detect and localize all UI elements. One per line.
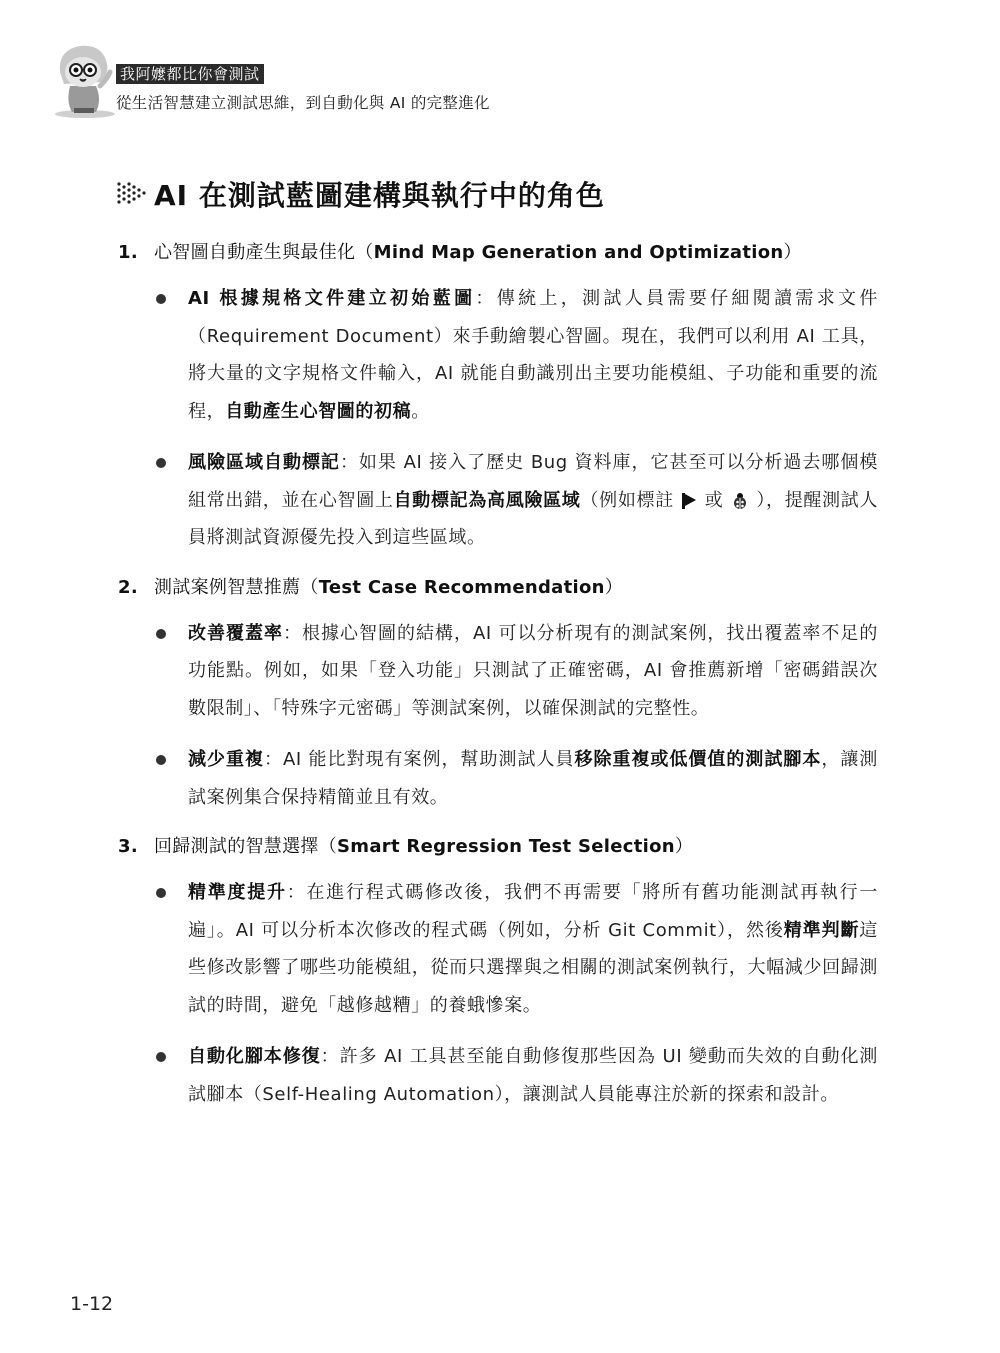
section-heading: AI 在測試藍圖建構與執行中的角色 (116, 172, 605, 216)
bullet-lead: 自動化腳本修復 (188, 1046, 321, 1067)
bullet-text: ：AI 能比對現有案例，幫助測試人員 (264, 749, 574, 770)
item-number: 2. (118, 571, 154, 605)
item-title: 測試案例智慧推薦（Test Case Recommendation） (154, 571, 623, 605)
bullet-emphasis: 自動標記為高風險區域 (394, 490, 581, 511)
bullet-emphasis: 精準判斷 (784, 920, 860, 941)
bullet-lead: 精準度提升 (188, 882, 287, 903)
bullet-lead: 改善覆蓋率 (188, 623, 283, 644)
numbered-item-2: 2. 測試案例智慧推薦（Test Case Recommendation） 改善… (118, 571, 878, 817)
bullet-item: 精準度提升：在進行程式碼修改後，我們不再需要「將所有舊功能測試再執行一遍」。AI… (118, 874, 878, 1024)
item-heading: 1. 心智圖自動產生與最佳化（Mind Map Generation and O… (118, 236, 878, 270)
page-number: 1-12 (70, 1293, 113, 1315)
bullet-item: 減少重複：AI 能比對現有案例，幫助測試人員移除重複或低價值的測試腳本，讓測試案… (118, 741, 878, 816)
item-title-en: Test Case Recommendation (319, 577, 605, 598)
bullet-text: ：根據心智圖的結構，AI 可以分析現有的測試案例，找出覆蓋率不足的功能點。例如，… (188, 623, 878, 719)
bullet-text: （例如標註 (580, 490, 673, 511)
bullet-dot-icon (156, 629, 166, 639)
item-title: 回歸測試的智慧選擇（Smart Regression Test Selectio… (154, 830, 693, 864)
bullet-dot-icon (156, 1052, 166, 1062)
bullet-lead: 風險區域自動標記 (188, 452, 340, 473)
item-heading: 3. 回歸測試的智慧選擇（Smart Regression Test Selec… (118, 830, 878, 864)
bullet-list: 精準度提升：在進行程式碼修改後，我們不再需要「將所有舊功能測試再執行一遍」。AI… (118, 874, 878, 1113)
bullet-text: 。 (411, 401, 430, 422)
item-title-zh: 測試案例智慧推薦（ (154, 577, 319, 598)
bullet-lead: 減少重複 (188, 749, 264, 770)
book-subtitle: 從生活智慧建立測試思維，到自動化與 AI 的完整進化 (116, 91, 490, 113)
bullet-dot-icon (156, 458, 166, 468)
bullet-dot-icon (156, 888, 166, 898)
bullet-item: 改善覆蓋率：根據心智圖的結構，AI 可以分析現有的測試案例，找出覆蓋率不足的功能… (118, 615, 878, 728)
bullet-text: ：在進行程式碼修改後，我們不再需要「將所有舊功能測試再執行一遍」。AI 可以分析… (188, 882, 878, 941)
item-title-zh: 心智圖自動產生與最佳化（ (154, 242, 374, 263)
bullet-dot-icon (156, 755, 166, 765)
bullet-text: 或 (705, 490, 724, 511)
bullet-dot-icon (156, 294, 166, 304)
item-title-en: Smart Regression Test Selection (337, 836, 675, 857)
grandma-mascot-icon (52, 42, 118, 118)
main-content: 1. 心智圖自動產生與最佳化（Mind Map Generation and O… (118, 236, 878, 1127)
bullet-item: 自動化腳本修復：許多 AI 工具甚至能自動修復那些因為 UI 變動而失效的自動化… (118, 1038, 878, 1113)
bullet-item: AI 根據規格文件建立初始藍圖：傳統上，測試人員需要仔細閱讀需求文件（Requi… (118, 280, 878, 430)
dots-arrow-icon (116, 181, 146, 207)
bullet-emphasis: 移除重複或低價值的測試腳本 (574, 749, 821, 770)
bullet-item: 風險區域自動標記：如果 AI 接入了歷史 Bug 資料庫，它甚至可以分析過去哪個… (118, 444, 878, 557)
numbered-item-3: 3. 回歸測試的智慧選擇（Smart Regression Test Selec… (118, 830, 878, 1113)
item-heading: 2. 測試案例智慧推薦（Test Case Recommendation） (118, 571, 878, 605)
item-title-close: ） (784, 242, 802, 263)
bullet-emphasis: 自動產生心智圖的初稿 (225, 401, 411, 422)
bullet-lead: AI 根據規格文件建立初始藍圖 (188, 288, 475, 309)
flag-icon (680, 491, 698, 511)
item-number: 1. (118, 236, 154, 270)
numbered-item-1: 1. 心智圖自動產生與最佳化（Mind Map Generation and O… (118, 236, 878, 557)
item-title: 心智圖自動產生與最佳化（Mind Map Generation and Opti… (154, 236, 802, 270)
bullet-list: 改善覆蓋率：根據心智圖的結構，AI 可以分析現有的測試案例，找出覆蓋率不足的功能… (118, 615, 878, 817)
item-number: 3. (118, 830, 154, 864)
section-title: AI 在測試藍圖建構與執行中的角色 (154, 174, 605, 214)
series-title-tag: 我阿嬤都比你會測試 (116, 64, 264, 84)
bug-icon (730, 491, 750, 511)
bullet-list: AI 根據規格文件建立初始藍圖：傳統上，測試人員需要仔細閱讀需求文件（Requi… (118, 280, 878, 557)
item-title-close: ） (675, 836, 693, 857)
item-title-en: Mind Map Generation and Optimization (374, 242, 784, 263)
item-title-close: ） (605, 577, 623, 598)
item-title-zh: 回歸測試的智慧選擇（ (154, 836, 337, 857)
